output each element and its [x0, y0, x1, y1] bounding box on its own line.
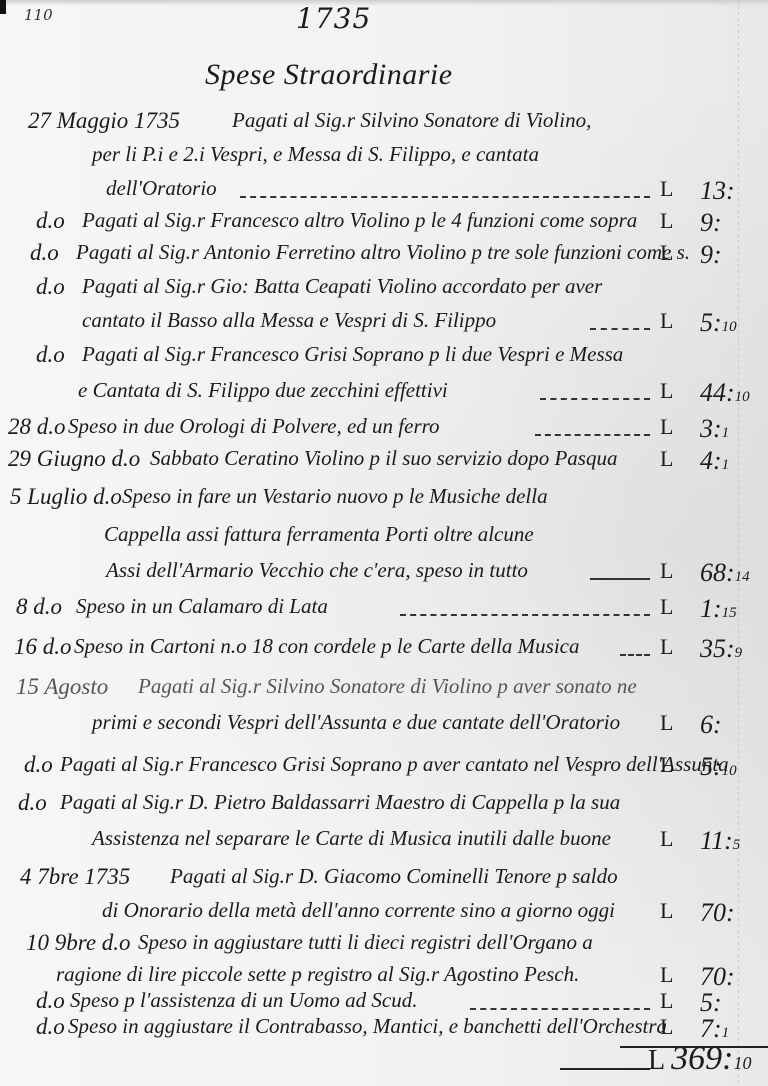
- entry-text: Speso in due Orologi di Polvere, ed un f…: [68, 414, 440, 439]
- page-title: Spese Straordinarie: [205, 58, 453, 92]
- entry-date: d.o: [36, 342, 65, 368]
- ledger-entry-continuation: Assi dell'Armario Vecchio che c'era, spe…: [0, 558, 768, 594]
- total-amount-sub: 10: [733, 1053, 751, 1073]
- leader-dashes: [540, 398, 650, 400]
- entry-date: d.o: [36, 988, 65, 1014]
- lira-mark: L: [660, 634, 673, 660]
- page-top-shadow: [0, 0, 768, 6]
- entry-text: Assistenza nel separare le Carte di Musi…: [92, 826, 611, 851]
- ledger-entry-continuation: di Onorario della metà dell'anno corrent…: [0, 898, 768, 934]
- lira-mark: L: [660, 898, 673, 924]
- ledger-entry: 10 9bre d.o Speso in aggiustare tutti li…: [0, 930, 768, 966]
- entry-text: Speso in aggiustare il Contrabasso, Mant…: [68, 1014, 667, 1039]
- ledger-entry: 29 Giugno d.o Sabbato Ceratino Violino p…: [0, 446, 768, 482]
- entry-amount: 13:: [700, 176, 735, 206]
- year-heading: 1735: [296, 2, 371, 35]
- lira-mark: L: [660, 208, 673, 234]
- lira-mark: L: [660, 752, 673, 778]
- ledger-entry: d.o Pagati al Sig.r Antonio Ferretino al…: [0, 240, 768, 276]
- ledger-entry-continuation: dell'Oratorio L 13:: [0, 176, 768, 212]
- entry-text: Assi dell'Armario Vecchio che c'era, spe…: [106, 558, 528, 583]
- ledger-entry: d.o Pagati al Sig.r Gio: Batta Ceapati V…: [0, 274, 768, 310]
- entry-text: Pagati al Sig.r D. Pietro Baldassarri Ma…: [60, 790, 620, 815]
- entry-text: Speso in fare un Vestario nuovo p le Mus…: [122, 484, 548, 509]
- lira-mark: L: [660, 988, 673, 1014]
- leader-dashes: [620, 654, 650, 656]
- lira-mark: L: [660, 826, 673, 852]
- entry-text: e Cantata di S. Filippo due zecchini eff…: [78, 378, 448, 403]
- entry-date: 4 7bre 1735: [20, 864, 130, 890]
- ledger-entry: 8 d.o Speso in un Calamaro di Lata L 1:1…: [0, 594, 768, 630]
- entry-text: Speso in Cartoni n.o 18 con cordele p le…: [74, 634, 580, 659]
- lira-mark: L: [660, 378, 673, 404]
- entry-date: 27 Maggio 1735: [28, 108, 180, 134]
- lira-mark: L: [660, 414, 673, 440]
- lira-mark: L: [660, 558, 673, 584]
- ledger-entry: 4 7bre 1735 Pagati al Sig.r D. Giacomo C…: [0, 864, 768, 900]
- lira-mark: L: [648, 1045, 665, 1076]
- total-leader-line: [560, 1068, 650, 1070]
- entry-date: d.o: [24, 752, 53, 778]
- entry-text: dell'Oratorio: [106, 176, 217, 201]
- entry-amount: 44:10: [700, 378, 750, 408]
- page-total: L369:10: [648, 1040, 751, 1078]
- entry-amount: 3:1: [700, 414, 729, 444]
- total-amount: 369:: [671, 1040, 733, 1077]
- entry-date: 5 Luglio d.o: [10, 484, 122, 510]
- lira-mark: L: [660, 1014, 673, 1040]
- entry-amount: 9:: [700, 240, 722, 270]
- lira-mark: L: [660, 710, 673, 736]
- ledger-entry: d.o Pagati al Sig.r Francesco Grisi Sopr…: [0, 342, 768, 378]
- ledger-entry-continuation: primi e secondi Vespri dell'Assunta e du…: [0, 710, 768, 746]
- entry-amount: 5:10: [700, 752, 737, 782]
- entry-date: 8 d.o: [16, 594, 62, 620]
- entry-text: Pagati al Sig.r Antonio Ferretino altro …: [76, 240, 690, 265]
- lira-mark: L: [660, 594, 673, 620]
- entry-text: per li P.i e 2.i Vespri, e Messa di S. F…: [92, 142, 539, 167]
- entry-amount: 35:9: [700, 634, 742, 664]
- entry-amount: 11:5: [700, 826, 740, 856]
- entry-text: primi e secondi Vespri dell'Assunta e du…: [92, 710, 620, 735]
- ledger-entry: 5 Luglio d.o Speso in fare un Vestario n…: [0, 484, 768, 520]
- entry-amount: 70:: [700, 898, 735, 928]
- ledger-entry: 28 d.o Speso in due Orologi di Polvere, …: [0, 414, 768, 450]
- entry-text: ragione di lire piccole sette p registro…: [56, 962, 579, 987]
- lira-mark: L: [660, 240, 673, 266]
- lira-mark: L: [660, 446, 673, 472]
- leader-line: [590, 578, 650, 580]
- ledger-entry: 16 d.o Speso in Cartoni n.o 18 con corde…: [0, 634, 768, 670]
- lira-mark: L: [660, 176, 673, 202]
- entry-text: Pagati al Sig.r Gio: Batta Ceapati Violi…: [82, 274, 602, 299]
- ledger-entry: 27 Maggio 1735 Pagati al Sig.r Silvino S…: [0, 108, 768, 144]
- ledger-entry: d.o Pagati al Sig.r D. Pietro Baldassarr…: [0, 790, 768, 826]
- entry-text: Speso in un Calamaro di Lata: [76, 594, 328, 619]
- entry-amount: 4:1: [700, 446, 729, 476]
- lira-mark: L: [660, 308, 673, 334]
- ledger-page: 110 1735 Spese Straordinarie 27 Maggio 1…: [0, 0, 768, 1086]
- ledger-entry: d.o Pagati al Sig.r Francesco altro Viol…: [0, 208, 768, 244]
- leader-dashes: [470, 1008, 650, 1010]
- entry-text: Cappella assi fattura ferramenta Porti o…: [104, 522, 534, 547]
- entry-text: Pagati al Sig.r Francesco Grisi Soprano …: [82, 342, 623, 367]
- entry-amount: 6:: [700, 710, 722, 740]
- entry-amount: 68:14: [700, 558, 750, 588]
- entry-date: d.o: [30, 240, 59, 266]
- entry-text: Pagati al Sig.r Silvino Sonatore di Viol…: [138, 674, 637, 699]
- entry-date: d.o: [36, 274, 65, 300]
- ledger-entry: 15 Agosto Pagati al Sig.r Silvino Sonato…: [0, 674, 768, 710]
- entry-date: 15 Agosto: [16, 674, 108, 700]
- corner-mark: [0, 0, 6, 14]
- ledger-entry-continuation: per li P.i e 2.i Vespri, e Messa di S. F…: [0, 142, 768, 178]
- entry-text: Pagati al Sig.r Francesco Grisi Soprano …: [60, 752, 729, 777]
- entry-amount: 5:10: [700, 308, 737, 338]
- ledger-entry-continuation: cantato il Basso alla Messa e Vespri di …: [0, 308, 768, 344]
- folio-number: 110: [24, 6, 53, 24]
- ledger-entry-continuation: Cappella assi fattura ferramenta Porti o…: [0, 522, 768, 558]
- ledger-entry-continuation: Assistenza nel separare le Carte di Musi…: [0, 826, 768, 862]
- entry-text: cantato il Basso alla Messa e Vespri di …: [82, 308, 496, 333]
- lira-mark: L: [660, 962, 673, 988]
- entry-amount: 9:: [700, 208, 722, 238]
- entry-text: Pagati al Sig.r D. Giacomo Cominelli Ten…: [170, 864, 618, 889]
- entry-amount: 1:15: [700, 594, 737, 624]
- ledger-entry-continuation: e Cantata di S. Filippo due zecchini eff…: [0, 378, 768, 414]
- leader-dashes: [535, 434, 650, 436]
- entry-date: 28 d.o: [8, 414, 66, 440]
- leader-dashes: [400, 614, 650, 616]
- entry-date: 16 d.o: [14, 634, 72, 660]
- entry-text: Sabbato Ceratino Violino p il suo serviz…: [150, 446, 617, 471]
- entry-date: 29 Giugno d.o: [8, 446, 140, 472]
- entry-text: Speso p l'assistenza di un Uomo ad Scud.: [70, 988, 417, 1013]
- leader-dashes: [590, 328, 650, 330]
- entry-date: 10 9bre d.o: [26, 930, 131, 956]
- leader-dashes: [240, 196, 650, 198]
- entry-text: Speso in aggiustare tutti li dieci regis…: [138, 930, 593, 955]
- entry-date: d.o: [36, 208, 65, 234]
- entry-text: di Onorario della metà dell'anno corrent…: [102, 898, 615, 923]
- entry-date: d.o: [18, 790, 47, 816]
- ledger-entry: d.o Pagati al Sig.r Francesco Grisi Sopr…: [0, 752, 768, 788]
- entry-date: d.o: [36, 1014, 65, 1040]
- entry-text: Pagati al Sig.r Francesco altro Violino …: [82, 208, 637, 233]
- entry-text: Pagati al Sig.r Silvino Sonatore di Viol…: [232, 108, 591, 133]
